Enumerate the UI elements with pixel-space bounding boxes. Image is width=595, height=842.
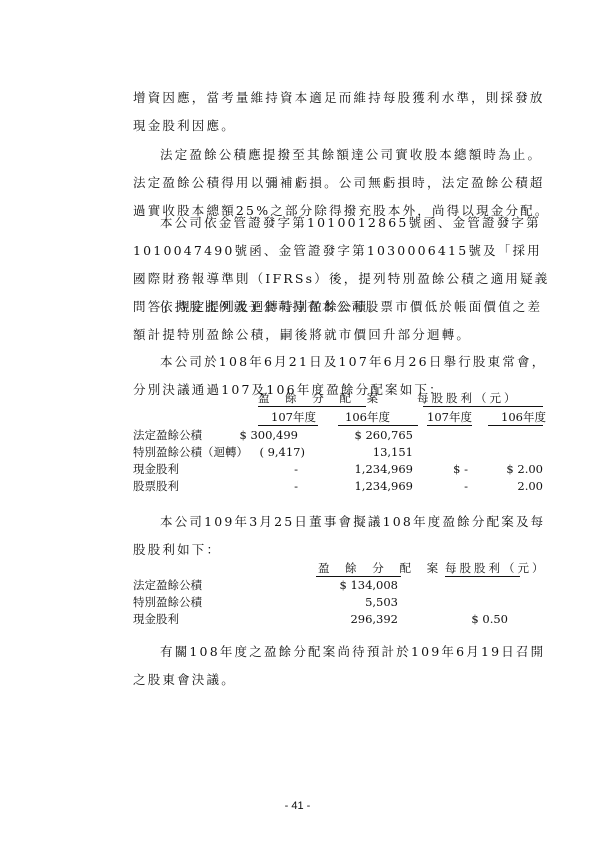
header-distribution: 盈 餘 分 配 案 [318,560,444,576]
paragraph-board-proposal: 本公司109年3月25日董事會擬議108年度盈餘分配案及每股股利如下： [133,508,553,564]
table-row: 現金股利 296,392 $ 0.50 [133,611,553,627]
distribution-table-108: 盈 餘 分 配 案 每股股利（元） 法定盈餘公積 $ 134,008 特別盈餘公… [133,560,553,620]
group-header-distribution: 盈 餘 分 配 案 [258,390,384,406]
paragraph-pending-resolution: 有關108年度之盈餘分配案尚待預計於109年6月19日召開之股東會決議。 [133,638,553,694]
table-row: 現金股利 - 1,234,969 $ - $ 2.00 [133,461,553,477]
table-row: 股票股利 - 1,234,969 - 2.00 [133,478,553,494]
subheader-107: 107年度 [271,409,316,425]
page-number: - 41 - [0,800,595,812]
table-row: 法定盈餘公積 $ 134,008 [133,577,553,593]
header-dps: 每股股利（元） [445,560,547,576]
table-row: 法定盈餘公積 $ 300,499 $ 260,765 [133,427,553,443]
paragraph-capital-increase: 增資因應，當考量維持資本適足而維持每股獲利水準，則採發放現金股利因應。 [133,84,553,140]
distribution-table-107-106: 盈 餘 分 配 案 每股股利（元） 107年度 106年度 107年度 106年… [133,390,553,490]
document-page: 增資因應，當考量維持資本適足而維持每股獲利水準，則採發放現金股利因應。 法定盈餘… [0,0,595,842]
subheader-dps-106: 106年度 [501,409,546,425]
subheader-dps-107: 107年度 [427,409,472,425]
subheader-106: 106年度 [345,409,390,425]
paragraph-subsidiary-holdings: 依持股比例就子公司持有本公司股票市價低於帳面價值之差額計提特別盈餘公積，嗣後將就… [133,293,553,349]
table-row: 特別盈餘公積（迴轉） ( 9,417) 13,151 [133,444,553,460]
group-header-dps: 每股股利（元） [417,390,519,406]
table-row: 特別盈餘公積 5,503 [133,594,553,610]
